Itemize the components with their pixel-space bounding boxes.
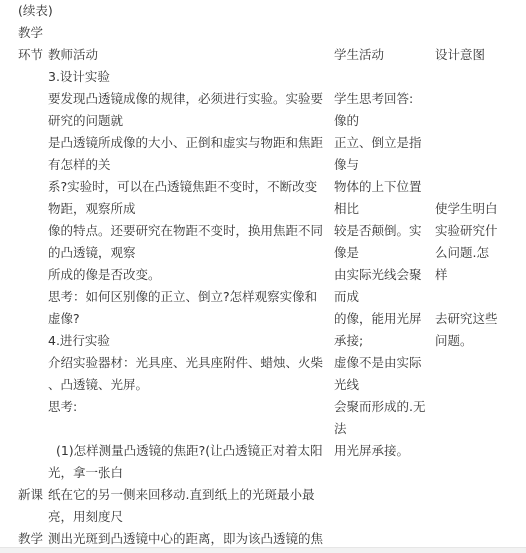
header-design-intent: 设计意图 xyxy=(435,44,485,66)
table-row: 所成的像是否改变。由实际光线会聚样 xyxy=(0,264,526,286)
table-row: 系?实验时，可以在凸透镜焦距不变时，不断改变物体的上下位置 xyxy=(0,176,526,198)
row-cell-c2: 3.设计实验 xyxy=(48,66,110,88)
row-cell-c2: (1)怎样测量凸透镜的焦距?(让凸透镜正对着太阳 xyxy=(48,440,323,462)
row-cell-c3: 像与 xyxy=(334,154,359,176)
row-cell-c3: 较是否颠倒。实 xyxy=(334,220,422,242)
row-cell-c4: 去研究这些 xyxy=(435,308,498,330)
table-row: 的凸透镜，观察像是么问题.怎 xyxy=(0,242,526,264)
row-cell-c2: 研究的问题就 xyxy=(48,110,123,132)
row-cell-c2: 、凸透镜、光屏。 xyxy=(48,374,148,396)
table-row: 思考：如何区别像的正立、倒立?怎样观察实像和而成 xyxy=(0,286,526,308)
row-cell-c2: 像的特点。还要研究在物距不变时，换用焦距不同 xyxy=(48,220,323,242)
row-cell-c3: 而成 xyxy=(334,286,359,308)
table-row: 4.进行实验承接;问题。 xyxy=(0,330,526,352)
table-row: 新课纸在它的另一侧来回移动.直到纸上的光斑最小最 xyxy=(0,484,526,506)
row-cell-c3: 用光屏承接。 xyxy=(334,440,409,462)
row-cell-c4: 样 xyxy=(435,264,448,286)
row-cell-c4: 实验研究什 xyxy=(435,220,498,242)
row-cell-c3: 像的 xyxy=(334,110,359,132)
row-cell-c3: 正立、倒立是指 xyxy=(334,132,422,154)
row-cell-c4: 么问题.怎 xyxy=(435,242,489,264)
row-cell-c3: 的像，能用光屏 xyxy=(334,308,422,330)
row-cell-c2: 思考：如何区别像的正立、倒立?怎样观察实像和 xyxy=(48,286,317,308)
table-row: 物距，观察所成相比使学生明白 xyxy=(0,198,526,220)
table-row: 法 xyxy=(0,418,526,440)
row-cell-c2: 有怎样的关 xyxy=(48,154,111,176)
table-row: 、凸透镜、光屏。光线 xyxy=(0,374,526,396)
row-cell-c3: 会聚而形成的.无 xyxy=(334,396,425,418)
row-cell-c3: 承接; xyxy=(334,330,363,352)
row-cell-c2: 虚像? xyxy=(48,308,80,330)
table-row: 亮，用刻度尺 xyxy=(0,506,526,528)
continuation-label: (续表) xyxy=(18,0,53,22)
row-cell-c2: 是凸透镜所成像的大小、正倒和虚实与物距和焦距 xyxy=(48,132,323,154)
table-row: 思考:会聚而形成的.无 xyxy=(0,396,526,418)
header-col1-line1: 教学 xyxy=(18,22,43,44)
table-row: 光，拿一张白 xyxy=(0,462,526,484)
continuation-label-line: (续表) xyxy=(0,0,526,22)
row-cell-c2: 的凸透镜，观察 xyxy=(48,242,136,264)
row-cell-c2: 思考: xyxy=(48,396,77,418)
header-teacher-activity: 教师活动 xyxy=(48,44,98,66)
row-cell-c3: 学生思考回答: xyxy=(334,88,413,110)
row-cell-c2: 纸在它的另一侧来回移动.直到纸上的光斑最小最 xyxy=(48,484,314,506)
row-cell-c4: 使学生明白 xyxy=(435,198,498,220)
row-cell-c3: 法 xyxy=(334,418,347,440)
row-cell-c2: 所成的像是否改变。 xyxy=(48,264,161,286)
table-row: 虚像?的像，能用光屏去研究这些 xyxy=(0,308,526,330)
row-cell-c1: 新课 xyxy=(18,484,43,506)
row-cell-c2: 光，拿一张白 xyxy=(48,462,123,484)
row-cell-c2: 介绍实验器材：光具座、光具座附件、蜡烛、火柴 xyxy=(48,352,323,374)
row-cell-c2: 要发现凸透镜成像的规律，必须进行实验。实验要 xyxy=(48,88,323,110)
table-row: 是凸透镜所成像的大小、正倒和虚实与物距和焦距正立、倒立是指 xyxy=(0,132,526,154)
table-row: 有怎样的关像与 xyxy=(0,154,526,176)
row-cell-c2: 4.进行实验 xyxy=(48,330,110,352)
row-cell-c3: 物体的上下位置 xyxy=(334,176,422,198)
header-line-2: 环节 教师活动 学生活动 设计意图 xyxy=(0,44,526,66)
header-line-1: 教学 xyxy=(0,22,526,44)
row-cell-c3: 相比 xyxy=(334,198,359,220)
table-row: 研究的问题就像的 xyxy=(0,110,526,132)
row-cell-c3: 虚像不是由实际 xyxy=(334,352,422,374)
table-row: (1)怎样测量凸透镜的焦距?(让凸透镜正对着太阳用光屏承接。 xyxy=(0,440,526,462)
table-row: 介绍实验器材：光具座、光具座附件、蜡烛、火柴虚像不是由实际 xyxy=(0,352,526,374)
row-cell-c2: 亮，用刻度尺 xyxy=(48,506,123,528)
header-student-activity: 学生活动 xyxy=(334,44,384,66)
bottom-divider xyxy=(0,547,526,553)
table-row: 要发现凸透镜成像的规律，必须进行实验。实验要学生思考回答: xyxy=(0,88,526,110)
row-cell-c3: 光线 xyxy=(334,374,359,396)
header-col1-line2: 环节 xyxy=(18,44,43,66)
row-cell-c3: 由实际光线会聚 xyxy=(334,264,422,286)
table-row: 3.设计实验 xyxy=(0,66,526,88)
row-cell-c4: 问题。 xyxy=(435,330,473,352)
row-cell-c3: 像是 xyxy=(334,242,359,264)
row-cell-c2: 物距，观察所成 xyxy=(48,198,136,220)
table-row: 像的特点。还要研究在物距不变时，换用焦距不同较是否颠倒。实实验研究什 xyxy=(0,220,526,242)
row-cell-c2: 系?实验时，可以在凸透镜焦距不变时，不断改变 xyxy=(48,176,317,198)
